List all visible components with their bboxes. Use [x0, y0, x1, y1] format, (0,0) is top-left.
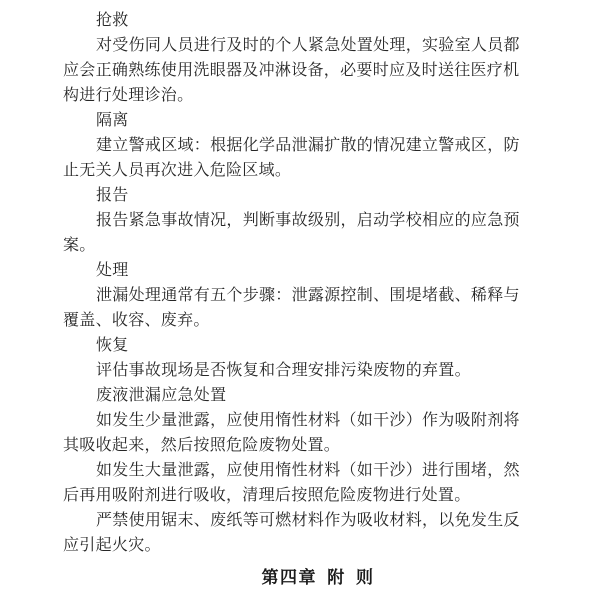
text-line: 处理 — [63, 258, 521, 283]
text-line: 隔离 — [63, 108, 521, 133]
text-line: 恢复 — [63, 333, 521, 358]
text-line: 泄漏处理通常有五个步骤：泄露源控制、围堤堵截、稀释与 — [63, 283, 521, 308]
text-line: 抢救 — [63, 8, 521, 33]
text-line: 报告 — [63, 183, 521, 208]
text-line: 应会正确熟练使用洗眼器及冲淋设备，必要时应及时送往医疗机 — [63, 58, 521, 83]
text-line: 对受伤同人员进行及时的个人紧急处置处理，实验室人员都 — [63, 33, 521, 58]
text-line: 止无关人员再次进入危险区域。 — [63, 158, 521, 183]
text-line: 后再用吸附剂进行吸收，清理后按照危险废物进行处置。 — [63, 483, 521, 508]
text-line: 覆盖、收容、废弃。 — [63, 308, 521, 333]
text-line: 案。 — [63, 233, 521, 258]
text-line: 评估事故现场是否恢复和合理安排污染废物的弃置。 — [63, 358, 521, 383]
text-line: 报告紧急事故情况，判断事故级别，启动学校相应的应急预 — [63, 208, 521, 233]
text-line: 严禁使用锯末、废纸等可燃材料作为吸收材料，以免发生反 — [63, 508, 521, 533]
document-text-block: 抢救对受伤同人员进行及时的个人紧急处置处理，实验室人员都应会正确熟练使用洗眼器及… — [63, 8, 521, 558]
text-line: 其吸收起来，然后按照危险废物处置。 — [63, 433, 521, 458]
document-page: 抢救对受伤同人员进行及时的个人紧急处置处理，实验室人员都应会正确熟练使用洗眼器及… — [0, 0, 591, 593]
text-line: 废液泄漏应急处置 — [63, 383, 521, 408]
text-line: 建立警戒区域：根据化学品泄漏扩散的情况建立警戒区，防 — [63, 133, 521, 158]
text-line: 应引起火灾。 — [63, 533, 521, 558]
text-line: 如发生少量泄露，应使用惰性材料（如干沙）作为吸附剂将 — [63, 408, 521, 433]
text-line: 构进行处理诊治。 — [63, 83, 521, 108]
chapter-heading: 第四章 附 则 — [89, 565, 547, 590]
text-line: 如发生大量泄露，应使用惰性材料（如干沙）进行围堵，然 — [63, 458, 521, 483]
